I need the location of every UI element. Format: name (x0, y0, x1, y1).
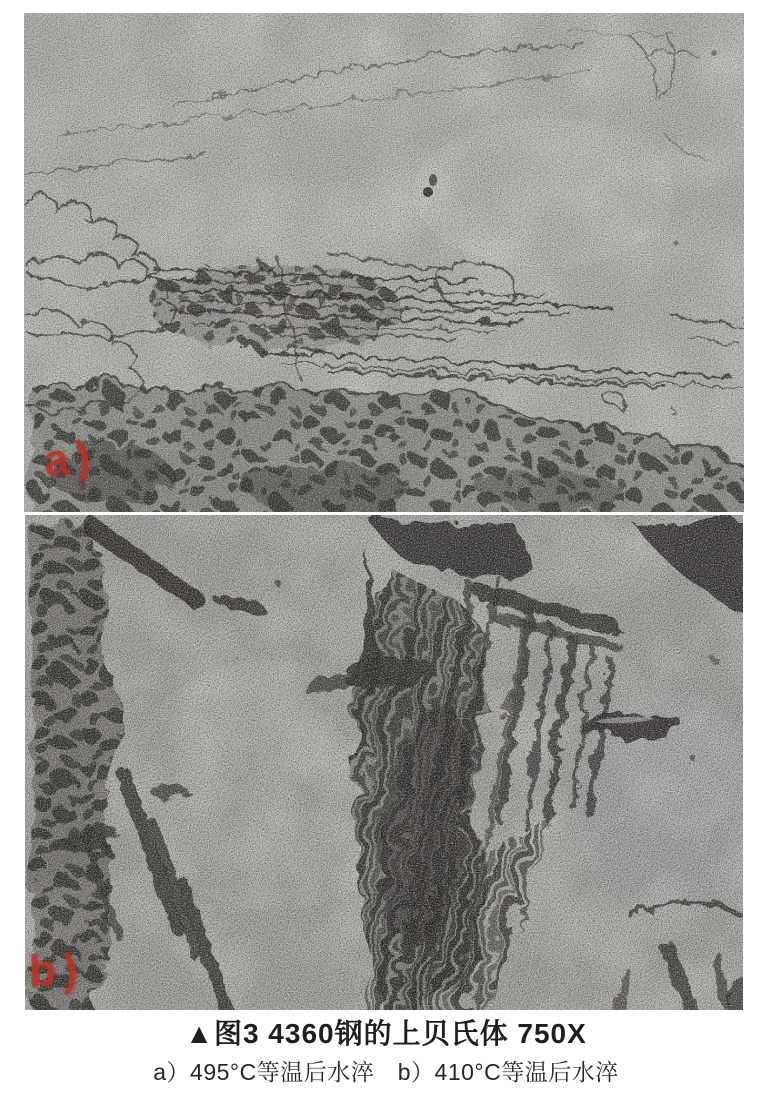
micrograph-panel-a: a) (24, 13, 744, 512)
panel-a-overlay-label: a) (42, 434, 99, 483)
figure-caption-title: ▲图3 4360钢的上贝氏体 750X (0, 1012, 772, 1052)
micrograph-a-image (24, 13, 744, 512)
panel-b-overlay-label: b) (28, 948, 85, 994)
film-grain-light (25, 515, 743, 1010)
figure-3: a) (0, 0, 772, 1094)
micrograph-b-image (25, 515, 743, 1010)
film-grain-light (24, 13, 744, 512)
figure-caption-conditions: a）495°C等温后水淬 b）410°C等温后水淬 (0, 1054, 772, 1087)
micrograph-panel-b: b) (25, 515, 743, 1010)
